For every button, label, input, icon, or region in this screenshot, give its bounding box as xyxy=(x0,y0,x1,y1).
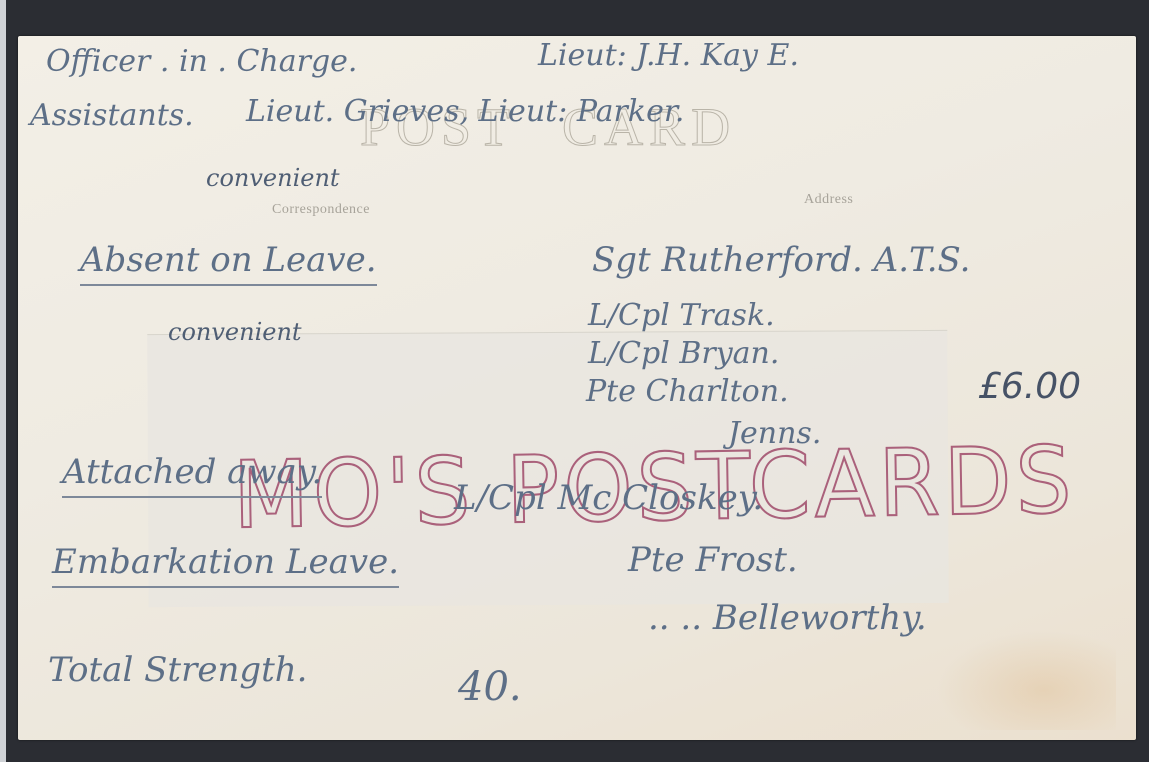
total-strength-value: 40. xyxy=(458,664,522,710)
scanner-edge xyxy=(0,0,6,762)
total-strength-label: Total Strength. xyxy=(48,650,307,690)
assistants-label: Assistants. xyxy=(30,98,194,133)
assistants-names: Lieut. Grieves, Lieut: Parker. xyxy=(246,94,684,129)
attached-list-item: L/Cpl Mc Closkey. xyxy=(454,478,763,518)
price-pencil-mark: £6.00 xyxy=(978,366,1081,407)
embarkation-list-item: Pte Frost. xyxy=(628,540,798,580)
absent-list-item: L/Cpl Trask. xyxy=(588,298,775,333)
printed-correspondence-label: Correspondence xyxy=(272,202,370,218)
embarkation-leave-label: Embarkation Leave. xyxy=(52,542,399,588)
officer-in-charge-name: Lieut: J.H. Kay E. xyxy=(538,38,799,73)
printed-address-label: Address xyxy=(804,192,853,208)
absent-on-leave-label: Absent on Leave. xyxy=(80,240,377,286)
absent-list-item: L/Cpl Bryan. xyxy=(588,336,779,371)
postcard: POSTCARD Correspondence Address Officer … xyxy=(18,36,1136,740)
age-stain xyxy=(936,630,1116,730)
absent-list-item: Sgt Rutherford. A.T.S. xyxy=(592,240,970,280)
attached-away-label: Attached away. xyxy=(62,452,322,498)
note-convenient-top: convenient xyxy=(206,164,340,192)
absent-list-item: Pte Charlton. xyxy=(586,374,789,409)
note-convenient-bottom: convenient xyxy=(168,318,302,346)
officer-in-charge-label: Officer . in . Charge. xyxy=(46,44,357,79)
embarkation-list-item: .. .. Belleworthy. xyxy=(648,598,927,638)
